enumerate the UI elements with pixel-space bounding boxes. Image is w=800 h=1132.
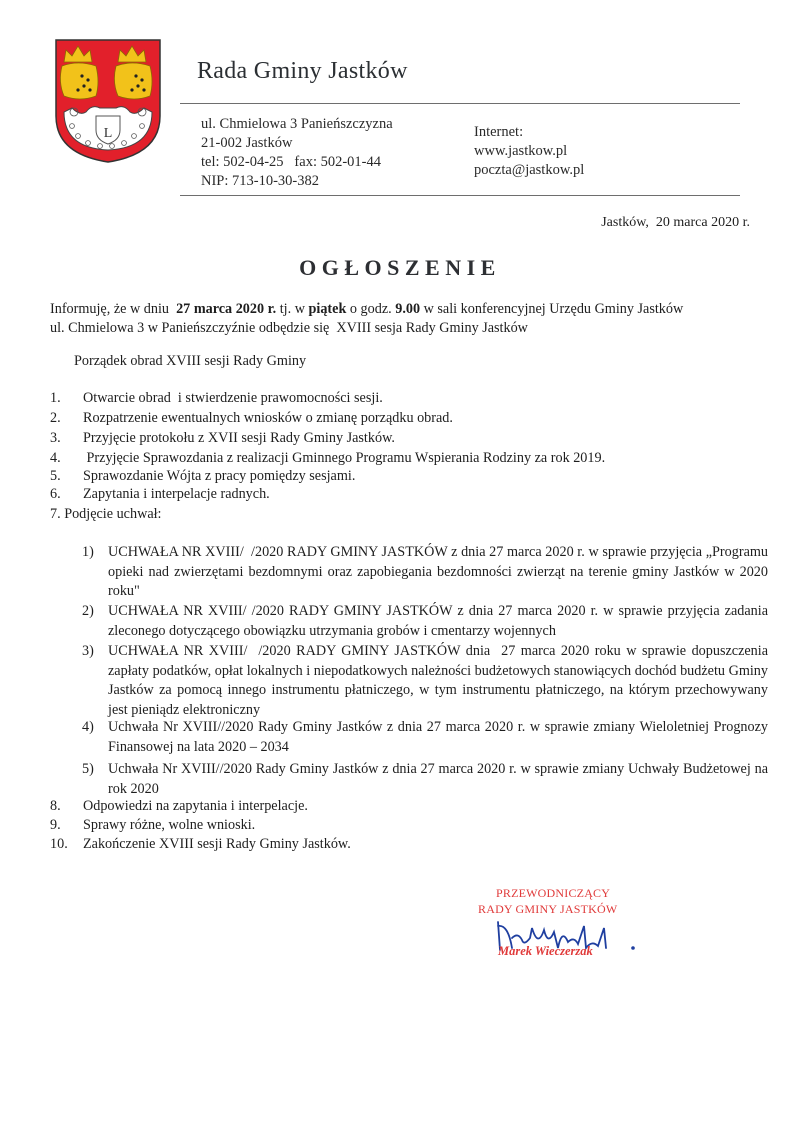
document-heading: OGŁOSZENIE <box>0 255 800 281</box>
website-link[interactable]: www.jastkow.pl <box>474 142 584 161</box>
internet-block: Internet: www.jastkow.pl poczta@jastkow.… <box>474 123 584 180</box>
address-postal: 21-002 Jastków <box>201 134 393 153</box>
agenda-item: 5.Sprawozdanie Wójta z pracy pomiędzy se… <box>50 468 355 485</box>
stamp-title: PRZEWODNICZĄCY <box>496 886 610 901</box>
agenda-item: 1.Otwarcie obrad i stwierdzenie prawomoc… <box>50 390 383 407</box>
agenda-item: 9.Sprawy różne, wolne wnioski. <box>50 817 255 834</box>
intro-paragraph: Informuję, że w dniu 27 marca 2020 r. tj… <box>50 300 770 338</box>
address-nip: NIP: 713-10-30-382 <box>201 172 393 191</box>
resolution-item: 5) Uchwała Nr XVIII//2020 Rady Gminy Jas… <box>82 760 768 799</box>
agenda-item: 8.Odpowiedzi na zapytania i interpelacje… <box>50 798 308 815</box>
address-block: ul. Chmielowa 3 Panieńszczyzna 21-002 Ja… <box>201 115 393 191</box>
document-date: Jastków, 20 marca 2020 r. <box>601 215 750 231</box>
org-title: Rada Gminy Jastków <box>197 58 408 85</box>
signature-stamp: PRZEWODNICZĄCY RADY GMINY JASTKÓW Marek … <box>468 886 648 966</box>
address-street: ul. Chmielowa 3 Panieńszczyzna <box>201 115 393 134</box>
resolution-item: 2) UCHWAŁA NR XVIII/ /2020 RADY GMINY JA… <box>82 602 768 641</box>
coat-of-arms-icon: L <box>52 36 164 164</box>
agenda-item: 10.Zakończenie XVIII sesji Rady Gminy Ja… <box>50 836 351 853</box>
agenda-title: Porządek obrad XVIII sesji Rady Gminy <box>74 353 306 370</box>
address-phone-fax: tel: 502-04-25 fax: 502-01-44 <box>201 153 393 172</box>
agenda-item: 4. Przyjęcie Sprawozdania z realizacji G… <box>50 450 605 467</box>
email-link[interactable]: poczta@jastkow.pl <box>474 161 584 180</box>
agenda-item: 3.Przyjęcie protokołu z XVII sesji Rady … <box>50 430 395 447</box>
agenda-item: 7. Podjęcie uchwał: <box>50 506 162 523</box>
header-divider-bottom <box>180 195 740 196</box>
agenda-item: 2.Rozpatrzenie ewentualnych wniosków o z… <box>50 410 453 427</box>
internet-label: Internet: <box>474 123 584 142</box>
header-divider-top <box>180 103 740 104</box>
resolution-item: 3) UCHWAŁA NR XVIII/ /2020 RADY GMINY JA… <box>82 642 768 720</box>
svg-text:L: L <box>104 126 113 141</box>
signatory-name: Marek Wieczerzak <box>498 944 593 959</box>
resolution-item: 4) Uchwała Nr XVIII//2020 Rady Gminy Jas… <box>82 718 768 757</box>
resolution-item: 1) UCHWAŁA NR XVIII/ /2020 RADY GMINY JA… <box>82 543 768 602</box>
agenda-item: 6.Zapytania i interpelacje radnych. <box>50 486 270 503</box>
